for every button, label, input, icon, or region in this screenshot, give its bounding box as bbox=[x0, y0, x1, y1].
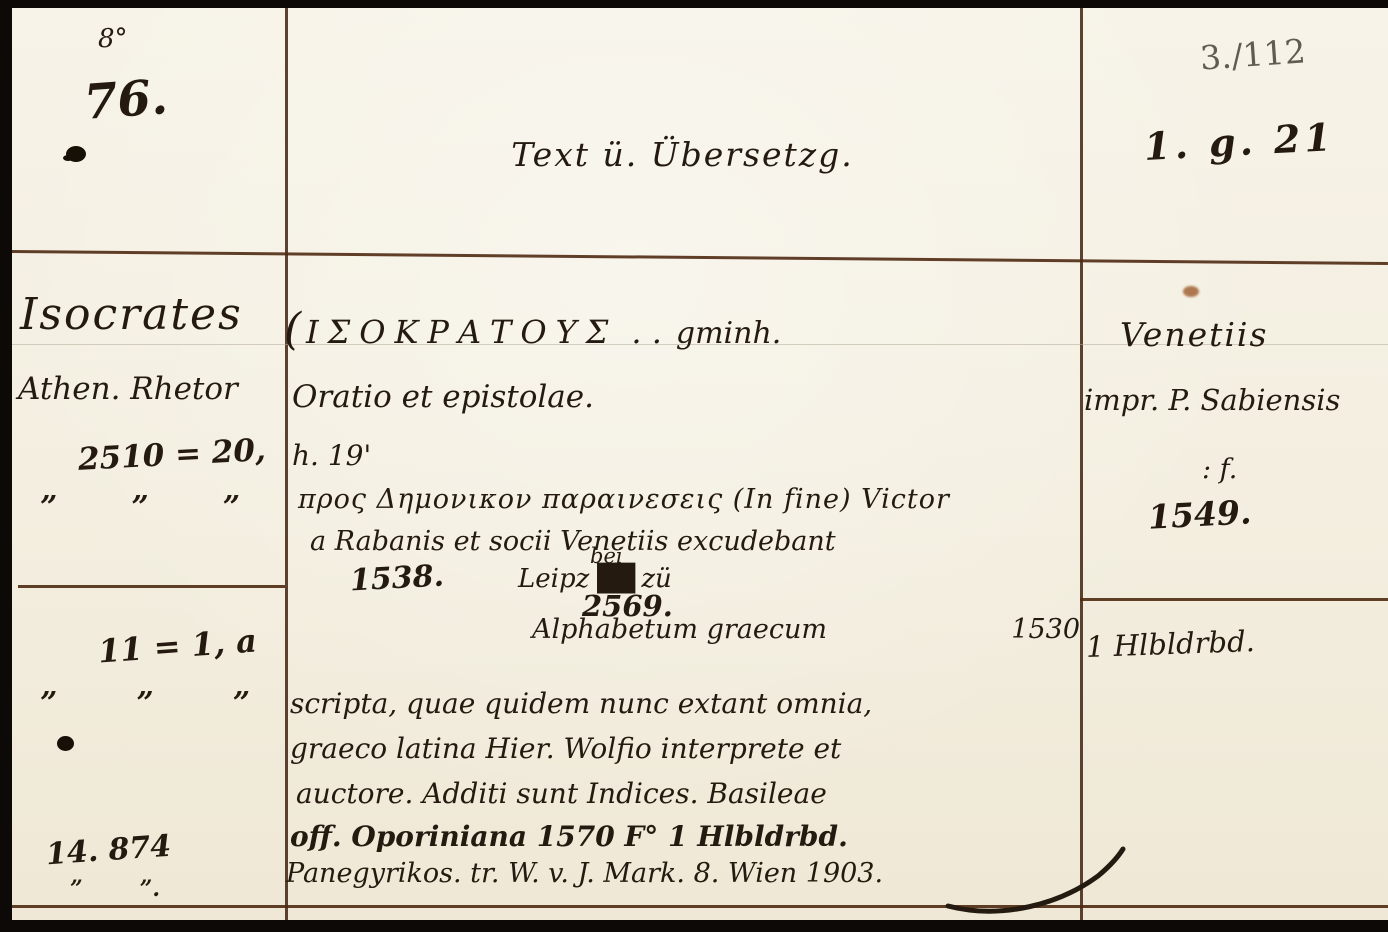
shelfmark: 1. g. 21 bbox=[1143, 118, 1336, 166]
format-mark: 8° bbox=[98, 26, 128, 52]
alphabetum-title: Alphabetum graecum bbox=[532, 616, 827, 643]
paper-stain bbox=[1183, 286, 1199, 297]
underline-flourish bbox=[942, 844, 1132, 914]
description-line-1: scripta, quae quidem nunc extant omnia, bbox=[290, 690, 872, 718]
description-line-5: Panegyrikos. tr. W. v. J. Mark. 8. Wien … bbox=[286, 860, 883, 887]
imprint-line: a Rabanis et socii Venetiis excudebant bbox=[310, 528, 836, 555]
description-line-4: off. Oporiniana 1570 F° 1 Hlbldrbd. bbox=[290, 823, 848, 851]
format-note: : f. bbox=[1202, 456, 1237, 483]
year-1538: 1538. bbox=[349, 562, 444, 597]
catalog-card: 8° 76. Text ü. Übersetzg. 3./112 1. g. 2… bbox=[12, 8, 1388, 920]
height-note: h. 19' bbox=[292, 442, 371, 470]
alphabetum-year: 1530 bbox=[1011, 616, 1080, 643]
description-line-2: graeco latina Hier. Wolfio interprete et bbox=[290, 735, 841, 763]
imprint-printer: impr. P. Sabiensis bbox=[1084, 386, 1340, 415]
binding-note: 1 Hlbldrbd. bbox=[1086, 627, 1256, 662]
ditto-mark: ” bbox=[131, 490, 148, 525]
ditto-mark: ” bbox=[223, 490, 240, 525]
old-number: 76. bbox=[82, 73, 169, 127]
description-line-3: auctore. Additi sunt Indices. Basileae bbox=[296, 780, 827, 808]
ditto-marks-row-3: ” ”. bbox=[70, 876, 160, 902]
author-epithet: Athen. Rhetor bbox=[18, 374, 238, 405]
pencil-number: 3./112 bbox=[1199, 34, 1307, 74]
accession-number-3: 14. 874 bbox=[45, 832, 172, 871]
imprint-place: Venetiis bbox=[1120, 318, 1268, 351]
left-section-rule bbox=[18, 585, 285, 588]
card-header-title: Text ü. Übersetzg. bbox=[285, 138, 1080, 171]
title-open-paren: ( bbox=[284, 308, 301, 352]
header-rule bbox=[12, 250, 1388, 265]
crossref-pre: Leipz bbox=[518, 566, 589, 592]
ditto-mark: ”. bbox=[140, 876, 160, 902]
title-line-2: Oratio et epistolae. bbox=[292, 382, 594, 413]
imprint-year: 1549. bbox=[1147, 495, 1252, 533]
greek-work-line: προς Δημονικον παραινεσεις (In fine) Vic… bbox=[298, 486, 950, 513]
accession-number-1: 2510 = 20, bbox=[77, 435, 266, 476]
punch-hole bbox=[57, 736, 74, 751]
accession-number-2: 11 = 1, a bbox=[97, 624, 258, 667]
bottom-rule bbox=[12, 905, 1388, 908]
alphabetum-line: Alphabetum graecum 1530 bbox=[532, 616, 1080, 643]
title-dots: . . bbox=[631, 316, 662, 348]
greek-title: ΙΣΟΚΡΑΤΟΥΣ bbox=[306, 316, 617, 348]
ditto-mark: ” bbox=[136, 686, 153, 721]
ditto-mark: ” bbox=[40, 490, 57, 525]
main-title-line: ΙΣΟΚΡΑΤΟΥΣ . . gminh. bbox=[306, 316, 781, 349]
title-suffix: gminh. bbox=[676, 319, 781, 349]
ditto-mark: ” bbox=[40, 686, 57, 721]
ditto-mark: ” bbox=[70, 876, 83, 902]
ditto-marks-row-2: ” ” ” bbox=[40, 686, 250, 721]
author-heading: Isocrates bbox=[20, 293, 243, 337]
ink-blot-top bbox=[66, 146, 86, 162]
column-rule-right bbox=[1080, 8, 1083, 920]
scanned-catalog-card-page: { "colors":{"ink":"#241a10","rule":"#4f2… bbox=[0, 0, 1388, 932]
ditto-marks-row-1: ” ” ” bbox=[40, 490, 240, 525]
right-section-rule bbox=[1080, 598, 1388, 601]
ditto-mark: ” bbox=[233, 686, 250, 721]
